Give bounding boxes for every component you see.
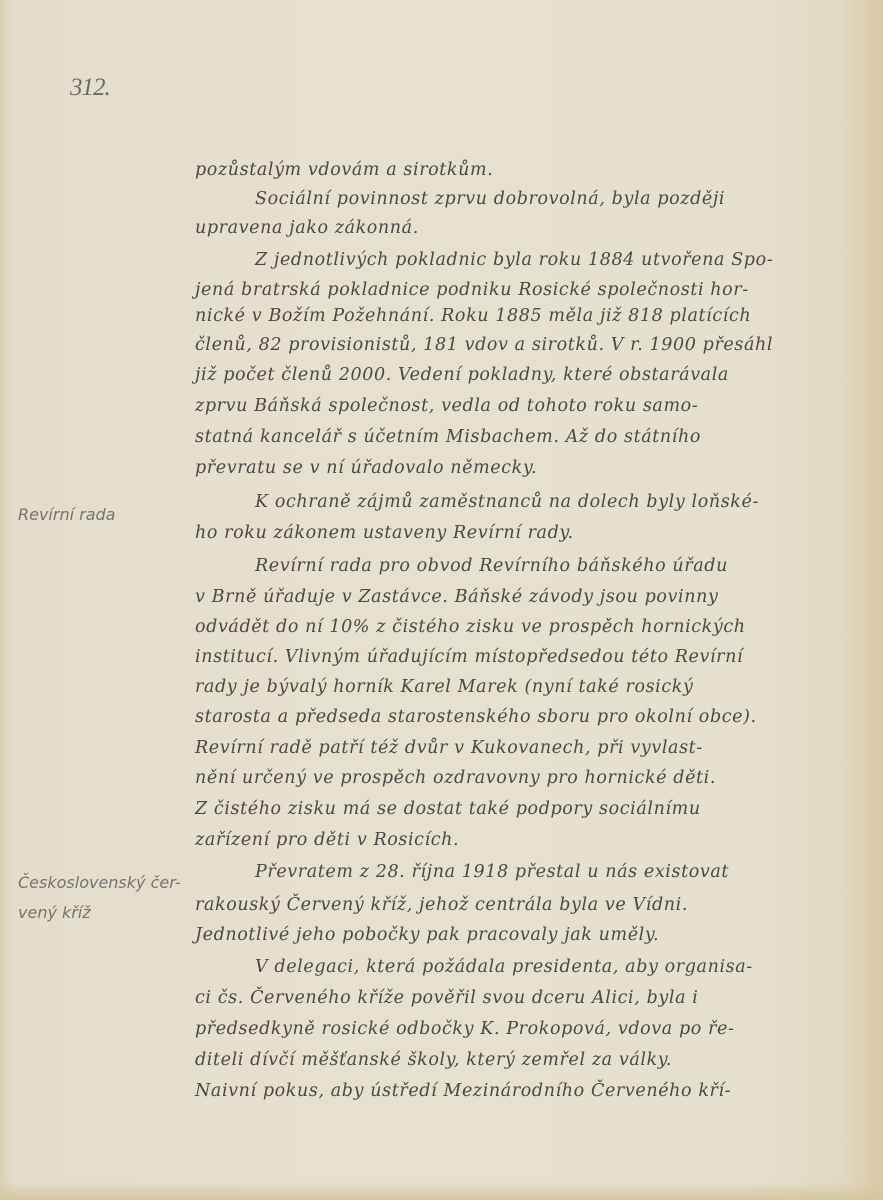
text-line: ci čs. Červeného kříže pověřil svou dcer… [195, 988, 698, 1008]
text-line: starosta a předseda starostenského sboru… [195, 707, 757, 727]
text-line: statná kancelář s účetním Misbachem. Až … [195, 427, 701, 447]
text-line: Převratem z 28. října 1918 přestal u nás… [255, 862, 729, 882]
text-line: Sociální povinnost zprvu dobrovolná, byl… [255, 189, 725, 209]
text-line: již počet členů 2000. Vedení pokladny, k… [195, 365, 729, 385]
text-line: rady je bývalý horník Karel Marek (nyní … [195, 677, 693, 697]
page-number: 312. [70, 74, 110, 102]
text-line: odvádět do ní 10% z čistého zisku ve pro… [195, 617, 746, 637]
text-line: K ochraně zájmů zaměstnanců na dolech by… [255, 492, 759, 512]
margin-note: Československý čer- vený kříž [18, 868, 181, 928]
text-line: členů, 82 provisionistů, 181 vdov a siro… [195, 335, 773, 355]
text-line: Revírní radě patří též dvůr v Kukovanech… [195, 738, 703, 758]
text-line: Z čistého zisku má se dostat také podpor… [195, 799, 701, 819]
text-line: pozůstalým vdovám a sirotkům. [195, 160, 493, 180]
manuscript-page: 312. Revírní radaČeskoslovenský čer- ven… [0, 0, 883, 1200]
text-line: upravena jako zákonná. [195, 218, 419, 238]
text-line: Revírní rada pro obvod Revírního báňskéh… [255, 556, 728, 576]
text-line: V delegaci, která požádala presidenta, a… [255, 957, 753, 977]
text-line: předsedkyně rosické odbočky K. Prokopová… [195, 1019, 735, 1039]
text-line: zprvu Báňská společnost, vedla od tohoto… [195, 396, 698, 416]
text-line: rakouský Červený kříž, jehož centrála by… [195, 895, 688, 915]
text-line: zařízení pro děti v Rosicích. [195, 830, 459, 850]
text-line: diteli dívčí měšťanské školy, který zemř… [195, 1050, 672, 1070]
margin-note: Revírní rada [18, 500, 115, 530]
text-line: Naivní pokus, aby ústředí Mezinárodního … [195, 1081, 731, 1101]
text-line: ho roku zákonem ustaveny Revírní rady. [195, 523, 574, 543]
text-line: v Brně úřaduje v Zastávce. Báňské závody… [195, 587, 718, 607]
text-line: Jednotlivé jeho pobočky pak pracovaly ja… [195, 925, 659, 945]
text-line: Z jednotlivých pokladnic byla roku 1884 … [255, 250, 773, 270]
text-line: nické v Božím Požehnání. Roku 1885 měla … [195, 306, 751, 326]
text-line: institucí. Vlivným úřadujícím místopředs… [195, 647, 743, 667]
text-line: převratu se v ní úřadovalo německy. [195, 458, 537, 478]
text-line: nění určený ve prospěch ozdravovny pro h… [195, 768, 716, 788]
text-line: jená bratrská pokladnice podniku Rosické… [195, 280, 749, 300]
